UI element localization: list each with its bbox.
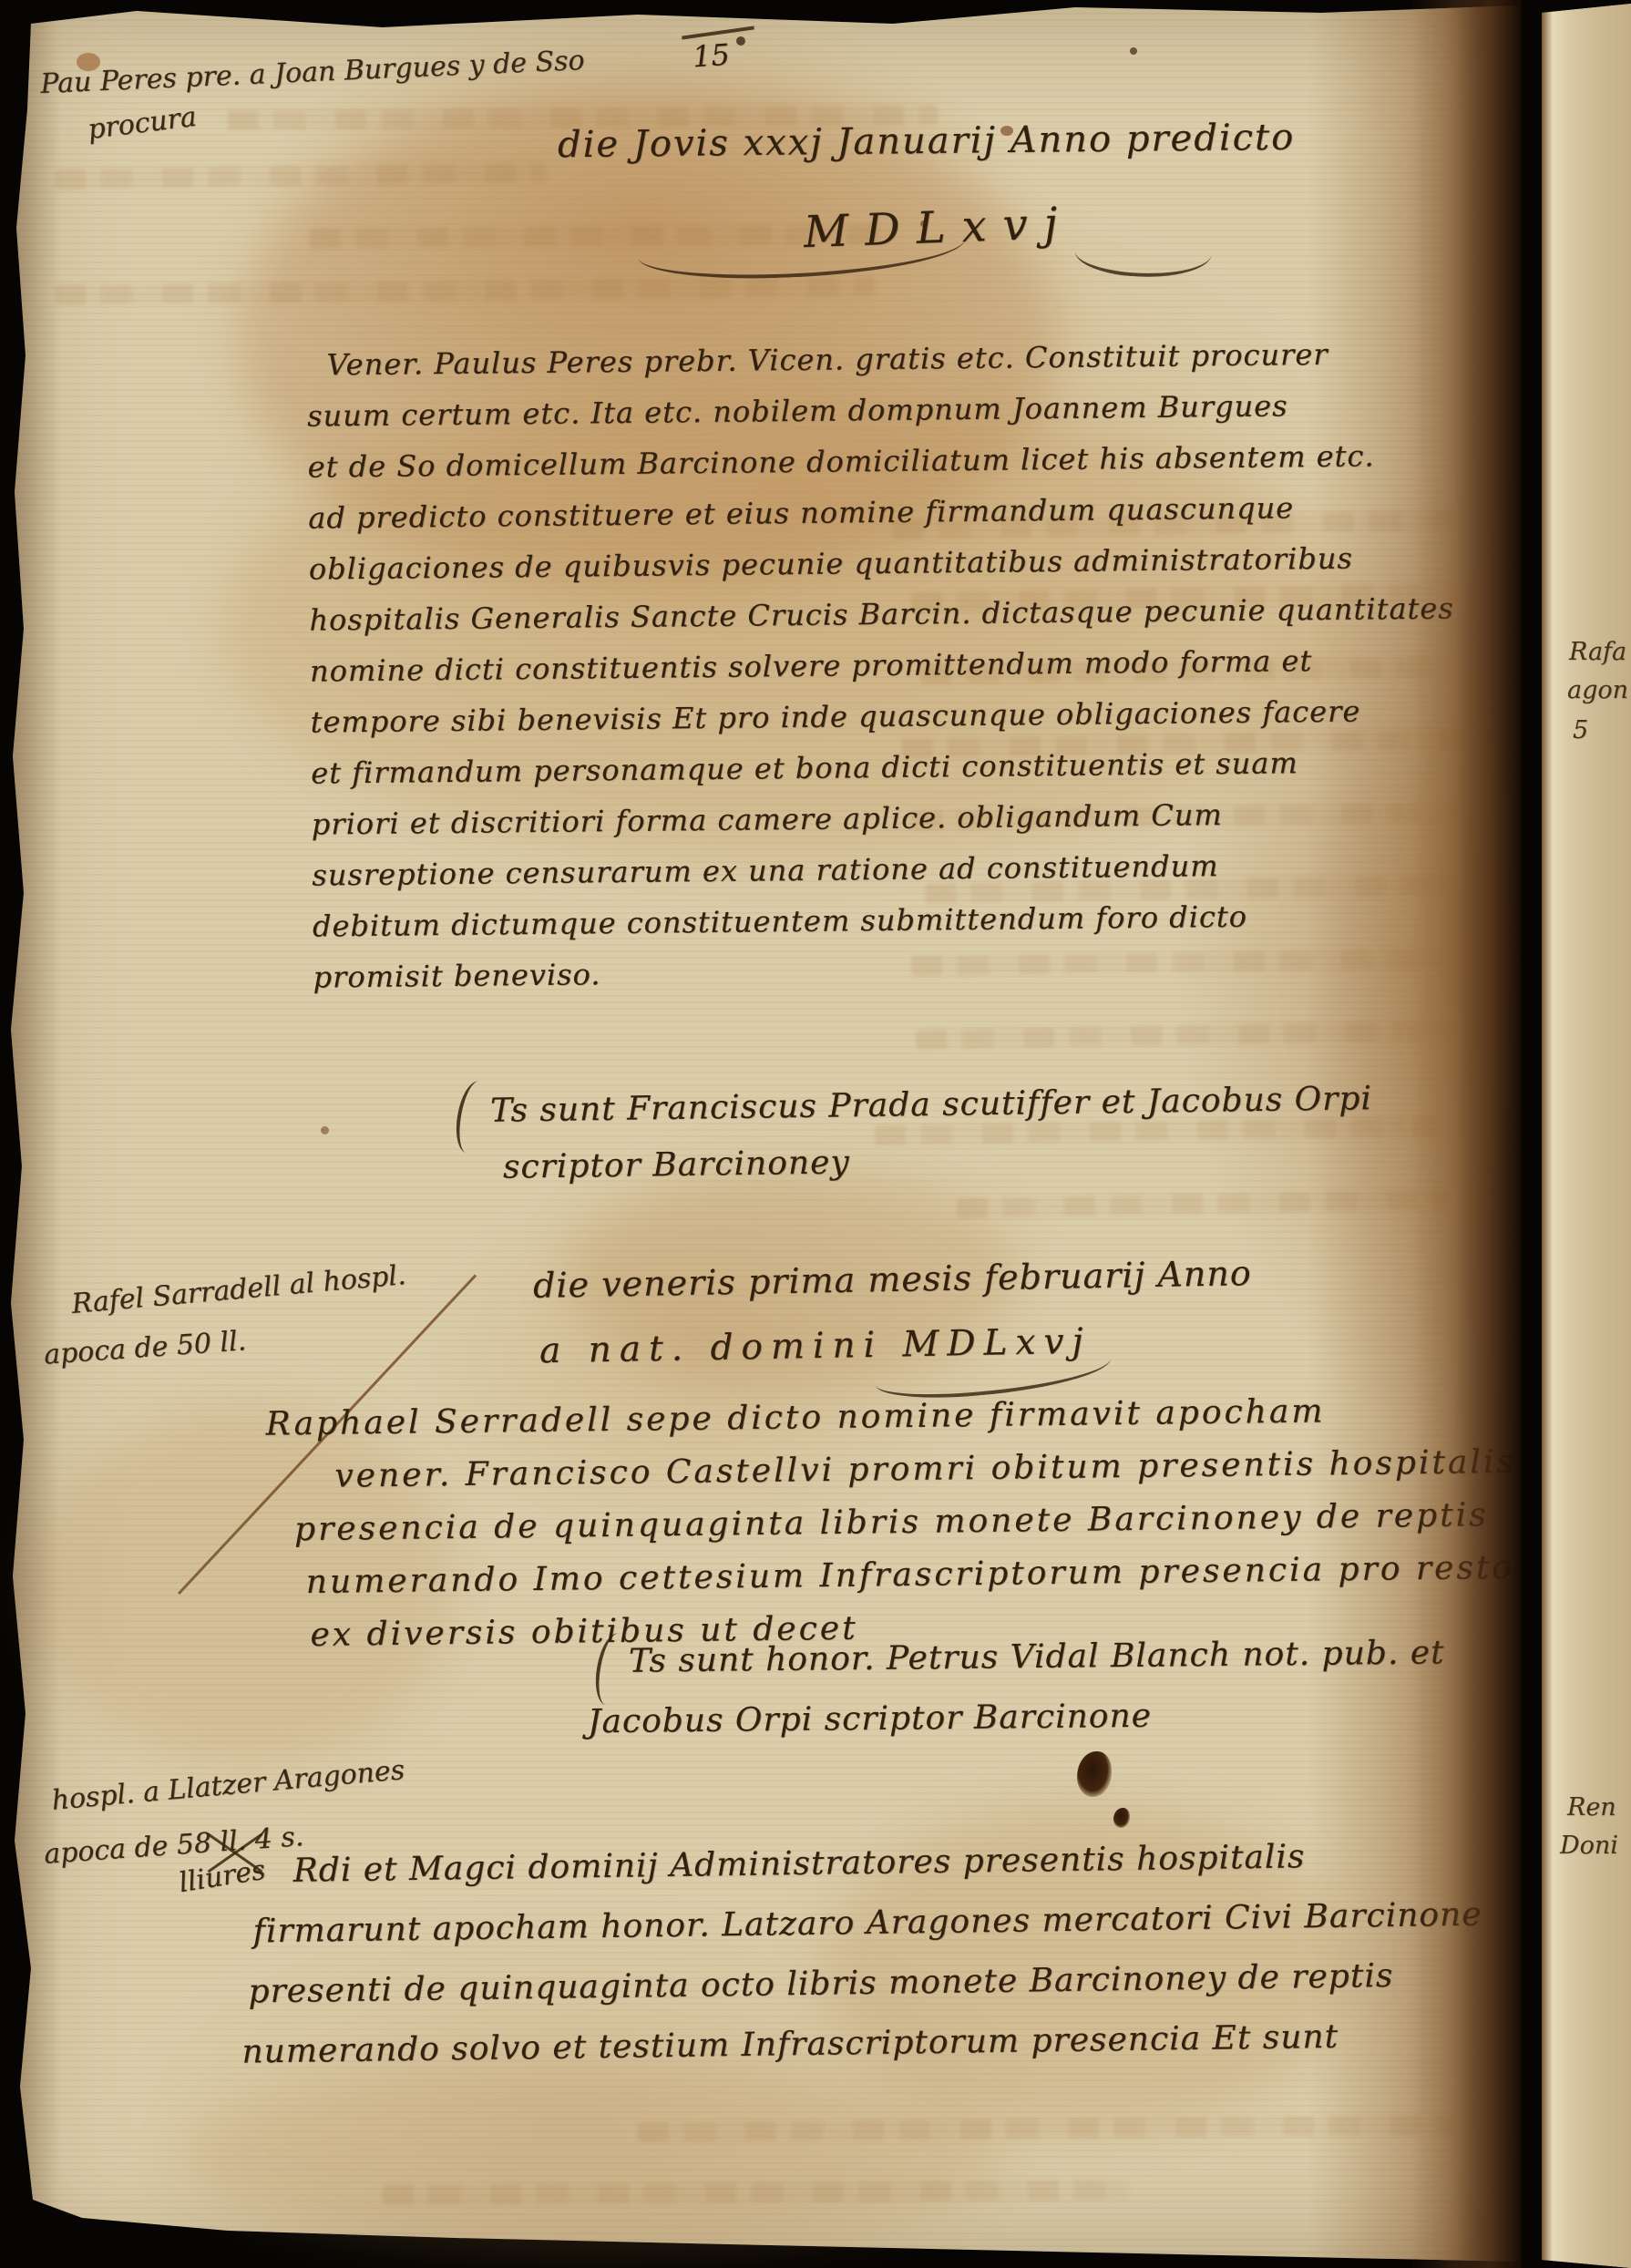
entry-3-body: Rdi et Magci dominij Administratores pre… bbox=[251, 1825, 1484, 2083]
entry-1-body: Vener. Paulus Peres prebr. Vicen. gratis… bbox=[306, 327, 1458, 1002]
stain-spot bbox=[1130, 47, 1137, 55]
stain-spot bbox=[736, 36, 745, 46]
page-fragment: Ren bbox=[1567, 1793, 1616, 1822]
entry-1-heading-date: die Jovis xxxj Januarij Anno predicto bbox=[558, 117, 1296, 166]
page-fragment: agon bbox=[1567, 676, 1628, 704]
adjacent-page-edge bbox=[1542, 0, 1631, 2268]
stain bbox=[182, 2059, 1002, 2251]
stain-spot bbox=[321, 1126, 329, 1134]
manuscript-photo: 15 Pau Peres pre. a Joan Burgues y de Ss… bbox=[0, 0, 1631, 2268]
page-fragment: 5 bbox=[1573, 716, 1588, 744]
page-fragment: Doni bbox=[1560, 1832, 1618, 1860]
page-gutter bbox=[1410, 0, 1522, 2268]
folio-number: 15 bbox=[692, 37, 731, 75]
entry-2-witnesses-line-2: Jacobus Orpi scriptor Barcinone bbox=[588, 1698, 1152, 1740]
entry-1-witnesses-line-2: scriptor Barcinoney bbox=[503, 1144, 850, 1185]
entry-2-body: Raphael Serradell sepe dicto nomine firm… bbox=[292, 1383, 1518, 1662]
page-fragment: Rafa bbox=[1569, 638, 1626, 666]
